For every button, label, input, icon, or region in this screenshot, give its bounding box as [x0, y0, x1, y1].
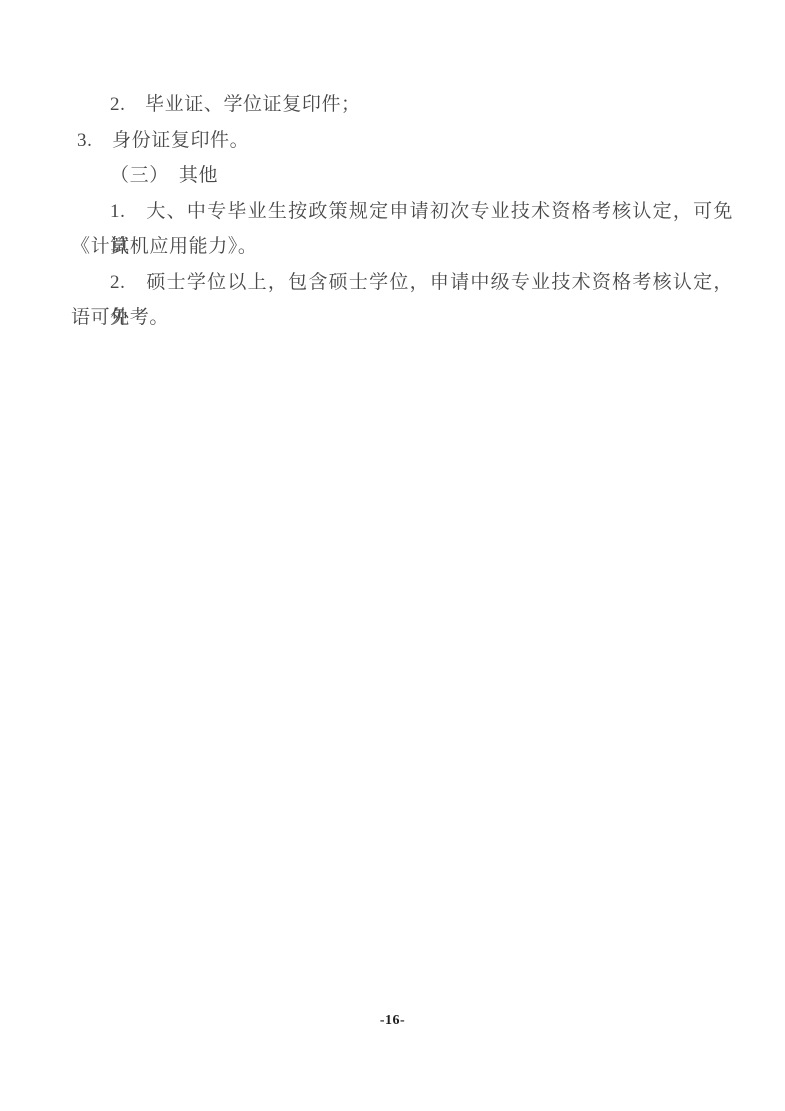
page-canvas: 2. 毕业证、学位证复印件； 3. 身份证复印件。 （三） 其他 1. 大、中专…: [0, 0, 785, 1111]
list-item-id-card-copy: 3. 身份证复印件。: [71, 123, 733, 159]
list-item-diploma-degree-copies: 2. 毕业证、学位证复印件；: [71, 87, 733, 123]
para-computer-exemption-line-2: 《计算机应用能力》。: [71, 229, 733, 265]
text-block: 2. 毕业证、学位证复印件； 3. 身份证复印件。 （三） 其他 1. 大、中专…: [71, 87, 733, 336]
section-heading-other: （三） 其他: [71, 158, 733, 194]
para-computer-exemption-line-1: 1. 大、中专毕业生按政策规定申请初次专业技术资格考核认定，可免试: [71, 194, 733, 230]
para-language-exemption-line-1: 2. 硕士学位以上，包含硕士学位，申请中级专业技术资格考核认定，外: [71, 265, 733, 301]
para-language-exemption-line-2: 语可免考。: [71, 300, 733, 336]
scanned-document-page: { "document": { "text_color": "#474747",…: [0, 0, 785, 1111]
page-number: -16-: [0, 1013, 785, 1029]
